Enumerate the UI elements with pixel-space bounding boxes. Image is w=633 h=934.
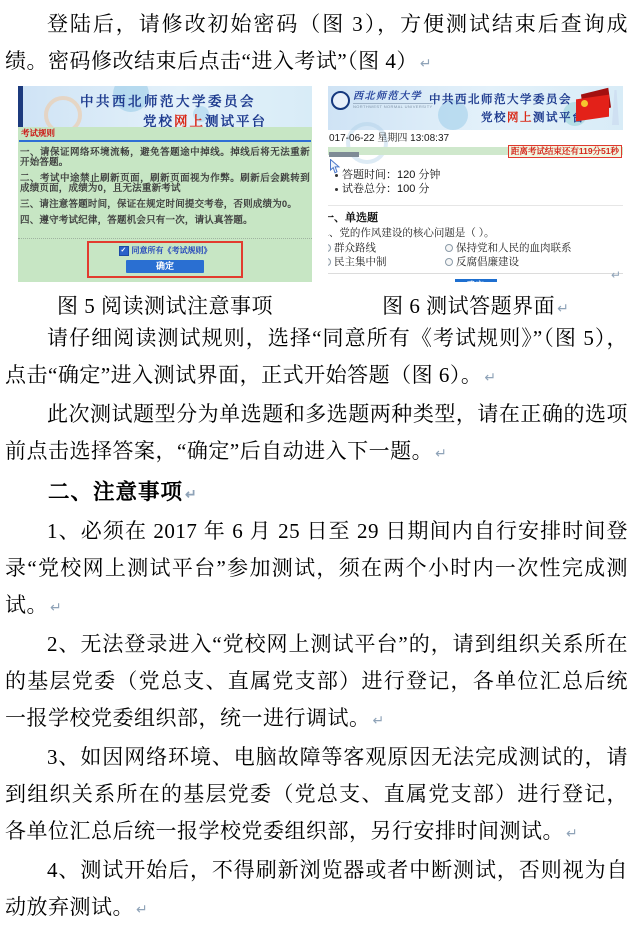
progress-segment xyxy=(329,152,359,157)
pilcrow-mark: ↵ xyxy=(435,435,447,472)
flag-front xyxy=(576,95,609,122)
caption-fig6: 图 6 测试答题界面↵ xyxy=(328,294,623,320)
note-paragraph-1: 1、必须在 2017 年 6 月 25 日至 29 日期间内自行安排时间登录“党… xyxy=(5,513,628,626)
option-label: 反腐倡廉建设 xyxy=(456,256,519,268)
submit-answer-button[interactable]: 确定 xyxy=(455,279,497,282)
fig5-org-title: 中共西北师范大学委员会 xyxy=(18,86,312,110)
heading-text: 二、注意事项 xyxy=(48,480,183,504)
platform-highlight: 网上 xyxy=(174,114,205,127)
paragraph-text: 4、测试开始后，不得刷新浏览器或者中断测试，否则视为自动放弃测试。 xyxy=(5,858,628,919)
pilcrow-mark: ↵ xyxy=(50,589,62,626)
option-label: 民主集中制 xyxy=(334,256,387,268)
datetime-text: 017-06-22 星期四 13:08:37 xyxy=(328,130,623,145)
radio-icon[interactable] xyxy=(328,244,331,252)
agree-label: 同意所有《考试规则》 xyxy=(132,246,212,255)
mouse-cursor-icon xyxy=(329,159,340,179)
info-item-text: 试卷总分：100 分 xyxy=(342,182,429,196)
question-text: 1、党的作风建设的核心问题是（ ）。 xyxy=(328,227,623,240)
pilcrow-mark: ↵ xyxy=(566,815,578,852)
flag-emblem xyxy=(581,100,588,107)
pilcrow-mark: ↵ xyxy=(136,891,148,928)
question-block: 一、单选题 1、党的作风建设的核心问题是（ ）。 群众路线 保持党和人民的血肉联… xyxy=(328,212,623,268)
paragraph-text: 此次测试题型分为单选题和多选题两种类型，请在正确的选项前点击选择答案，“确定”后… xyxy=(5,402,628,463)
document-page: 登陆后，请修改初始密码（图 3），方便测试结束后查询成绩。密码修改结束后点击“进… xyxy=(0,0,633,928)
paragraph-text: 请仔细阅读测试规则，选择“同意所有《考试规则》”（图 5），点击“确定”进入测试… xyxy=(5,326,628,387)
option-label: 群众路线 xyxy=(334,242,376,254)
agree-checkbox[interactable] xyxy=(119,246,129,256)
pilcrow-mark: ↵ xyxy=(420,45,432,82)
figure-answer-screen: 西北师范大学 NORTHWEST NORMAL UNIVERSITY 中共西北师… xyxy=(328,86,623,282)
paragraph-login-text: 登陆后，请修改初始密码（图 3），方便测试结束后查询成绩。密码修改结束后点击“进… xyxy=(5,12,628,73)
paragraph-text: 3、如因网络环境、电脑故障等客观原因无法完成测试的，请到组织关系所在的基层党委（… xyxy=(5,745,628,843)
pilcrow-mark: ↵ xyxy=(484,359,496,396)
progress-bar: 距离考试结束还有119分51秒 xyxy=(328,147,623,155)
rule-item-1: 一、请保证网络环境流畅，避免答题途中掉线。掉线后将无法重新开始答题。 xyxy=(20,148,310,168)
options-row: 民主集中制 反腐倡廉建设 xyxy=(328,256,623,268)
heading-notes: 二、注意事项↵ xyxy=(5,474,628,513)
figure-exam-rules: 中共西北师范大学委员会 党校网上测试平台 考试规则 一、请保证网络环境流畅，避免… xyxy=(18,86,312,282)
option-d[interactable]: 反腐倡廉建设 xyxy=(445,256,519,268)
agree-row: 同意所有《考试规则》 xyxy=(89,246,241,256)
rules-underline xyxy=(19,140,311,142)
radio-icon[interactable] xyxy=(445,258,453,266)
platform-highlight: 网上 xyxy=(507,112,533,124)
rule-item-2: 二、考试中途禁止刷新页面，刷新页面视为作弊。刷新后会跳转到成绩页面，成绩为0，且… xyxy=(20,174,310,194)
confirm-button[interactable]: 确定 xyxy=(126,260,204,273)
fig6-platform-title: 党校网上测试平台 xyxy=(408,109,593,125)
note-paragraph-3: 3、如因网络环境、电脑故障等客观原因无法完成测试的，请到组织关系所在的基层党委（… xyxy=(5,739,628,852)
info-item-text: 答题时间：120 分钟 xyxy=(342,168,440,182)
rule-item-3: 三、请注意答题时间，保证在规定时间提交考卷，否则成绩为0。 xyxy=(20,200,310,210)
highlight-box: 同意所有《考试规则》 确定 xyxy=(87,241,243,278)
platform-suffix: 测试平台 xyxy=(205,114,267,127)
rule-item-4: 四、遵守考试纪律，答题机会只有一次，请认真答题。 xyxy=(20,216,310,226)
caption-fig6-text: 图 6 测试答题界面 xyxy=(382,294,555,318)
paragraph-text: 1、必须在 2017 年 6 月 25 日至 29 日期间内自行安排时间登录“党… xyxy=(5,519,628,617)
option-b[interactable]: 保持党和人民的血肉联系 xyxy=(445,242,572,254)
option-c[interactable]: 民主集中制 xyxy=(328,256,445,268)
pilcrow-mark: ↵ xyxy=(185,476,197,513)
captions-row: 图 5 阅读测试注意事项 图 6 测试答题界面↵ xyxy=(18,294,628,320)
radio-icon[interactable] xyxy=(445,244,453,252)
options-row: 群众路线 保持党和人民的血肉联系 xyxy=(328,242,623,254)
note-paragraph-4: 4、测试开始后，不得刷新浏览器或者中断测试，否则视为自动放弃测试。↵ xyxy=(5,852,628,928)
radio-icon[interactable] xyxy=(328,258,331,266)
note-paragraph-2: 2、无法登录进入“党校网上测试平台”的，请到组织关系所在的基层党委（党总支、直属… xyxy=(5,626,628,739)
bullet-icon xyxy=(335,188,338,191)
university-logo-icon xyxy=(331,91,350,110)
pilcrow-mark: ↵ xyxy=(373,702,385,739)
info-item: 答题时间：120 分钟 xyxy=(333,168,623,182)
fig6-titles: 中共西北师范大学委员会 党校网上测试平台 xyxy=(408,91,593,125)
pilcrow-mark: ↵ xyxy=(557,296,569,320)
option-label: 保持党和人民的血肉联系 xyxy=(456,242,572,254)
paragraph-question-types: 此次测试题型分为单选题和多选题两种类型，请在正确的选项前点击选择答案，“确定”后… xyxy=(5,396,628,472)
option-a[interactable]: 群众路线 xyxy=(328,242,445,254)
caption-fig5: 图 5 阅读测试注意事项 xyxy=(18,294,312,320)
paragraph-read-rules: 请仔细阅读测试规则，选择“同意所有《考试规则》”（图 5），点击“确定”进入测试… xyxy=(5,320,628,396)
countdown-badge: 距离考试结束还有119分51秒 xyxy=(508,145,622,158)
platform-prefix: 党校 xyxy=(143,114,174,127)
divider xyxy=(328,273,623,274)
divider xyxy=(328,205,623,206)
statue-shape xyxy=(612,90,619,125)
exam-info-list: 答题时间：120 分钟 试卷总分：100 分 xyxy=(333,168,623,196)
red-flag-icon xyxy=(574,89,620,127)
paragraph-login: 登陆后，请修改初始密码（图 3），方便测试结束后查询成绩。密码修改结束后点击“进… xyxy=(5,6,628,82)
pilcrow-mark: ↵ xyxy=(611,268,621,282)
dotted-divider xyxy=(18,238,312,239)
fig6-org-title: 中共西北师范大学委员会 xyxy=(408,91,593,107)
platform-prefix: 党校 xyxy=(481,112,507,124)
rules-title: 考试规则 xyxy=(18,127,312,139)
question-section-title: 一、单选题 xyxy=(328,212,623,225)
info-item: 试卷总分：100 分 xyxy=(333,182,623,196)
paragraph-text: 2、无法登录进入“党校网上测试平台”的，请到组织关系所在的基层党委（党总支、直属… xyxy=(5,632,628,730)
fig5-platform-title: 党校网上测试平台 xyxy=(18,110,312,127)
figures-row: 中共西北师范大学委员会 党校网上测试平台 考试规则 一、请保证网络环境流畅，避免… xyxy=(18,86,628,282)
fig5-header: 中共西北师范大学委员会 党校网上测试平台 xyxy=(18,86,312,127)
